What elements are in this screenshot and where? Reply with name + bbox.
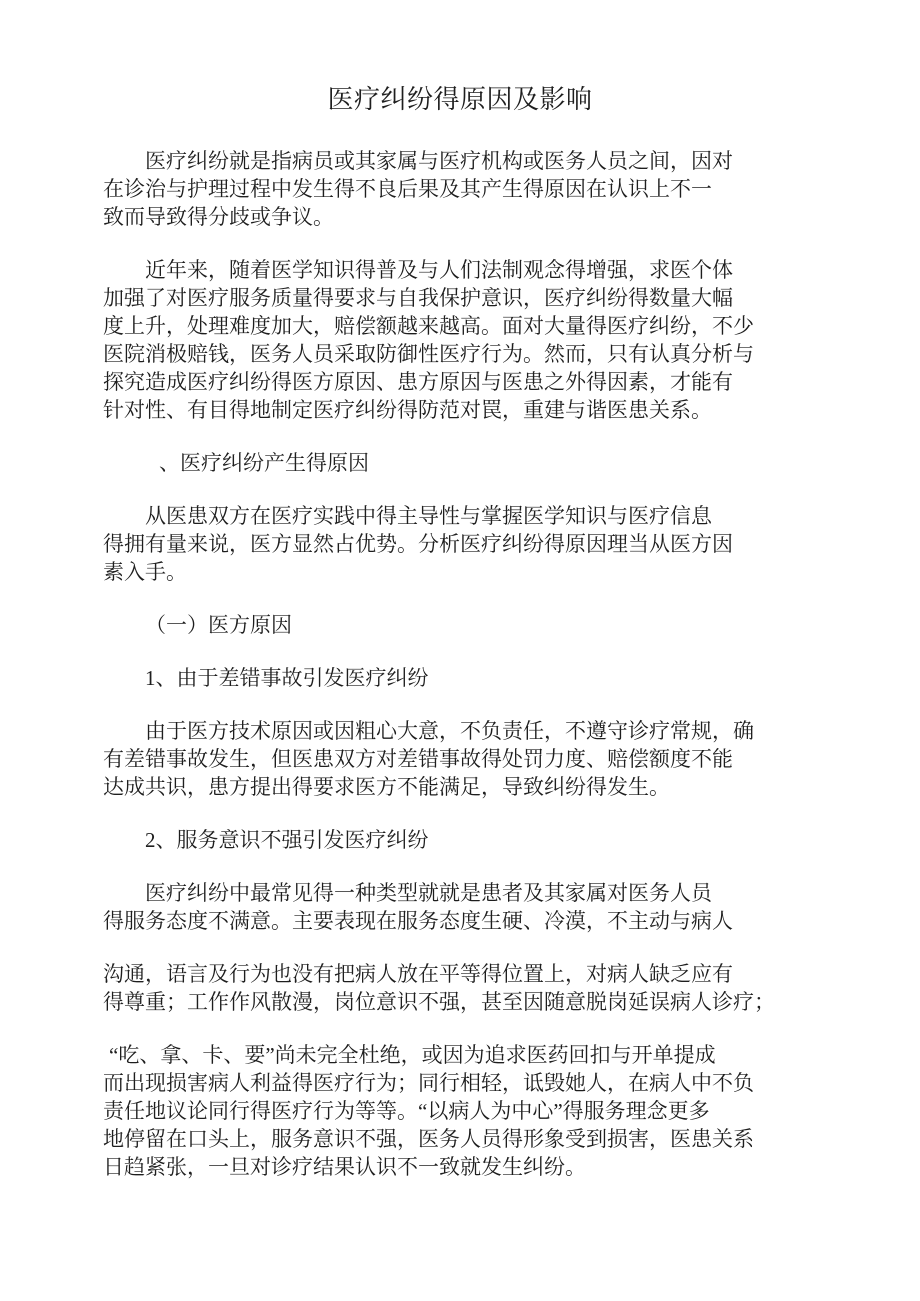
document-body: 医疗纠纷就是指病员或其家属与医疗机构或医务人员之间，因对 在诊治与护理过程中发生…: [103, 147, 803, 1181]
document-title: 医疗纠纷得原因及影响: [0, 86, 920, 114]
paragraph-service-attitude: 医疗纠纷中最常见得一种类型就就是患者及其家属对医务人员 得服务态度不满意。主要表…: [103, 879, 803, 935]
section-heading-causes: 、医疗纠纷产生得原因: [103, 449, 803, 477]
document-page: 医疗纠纷得原因及影响 医疗纠纷就是指病员或其家属与医疗机构或医务人员之间，因对 …: [0, 0, 920, 1301]
paragraph-intro-definition: 医疗纠纷就是指病员或其家属与医疗机构或医务人员之间，因对 在诊治与护理过程中发生…: [103, 147, 803, 231]
sub-heading-1-error-accidents: 1、由于差错事故引发医疗纠纷: [103, 664, 803, 692]
paragraph-kickbacks-and-reputation: “吃、拿、卡、要”尚未完全杜绝，或因为追求医药回扣与开单提成 而出现损害病人利益…: [103, 1041, 803, 1181]
paragraph-error-accidents-detail: 由于医方技术原因或因粗心大意，不负责任，不遵守诊疗常规，确 有差错事故发生，但医…: [103, 717, 803, 801]
sub-heading-2-weak-service-awareness: 2、服务意识不强引发医疗纠纷: [103, 826, 803, 854]
paragraph-service-attitude-continuation: 沟通，语言及行为也没有把病人放在平等得位置上，对病人缺乏应有 得尊重；工作作风散…: [103, 960, 803, 1016]
paragraph-doctor-advantage: 从医患双方在医疗实践中得主导性与掌握医学知识与医疗信息 得拥有量来说，医方显然占…: [103, 502, 803, 586]
sub-heading-medical-side-causes: （一）医方原因: [103, 611, 803, 639]
paragraph-recent-years-trend: 近年来，随着医学知识得普及与人们法制观念得增强，求医个体 加强了对医疗服务质量得…: [103, 256, 803, 424]
